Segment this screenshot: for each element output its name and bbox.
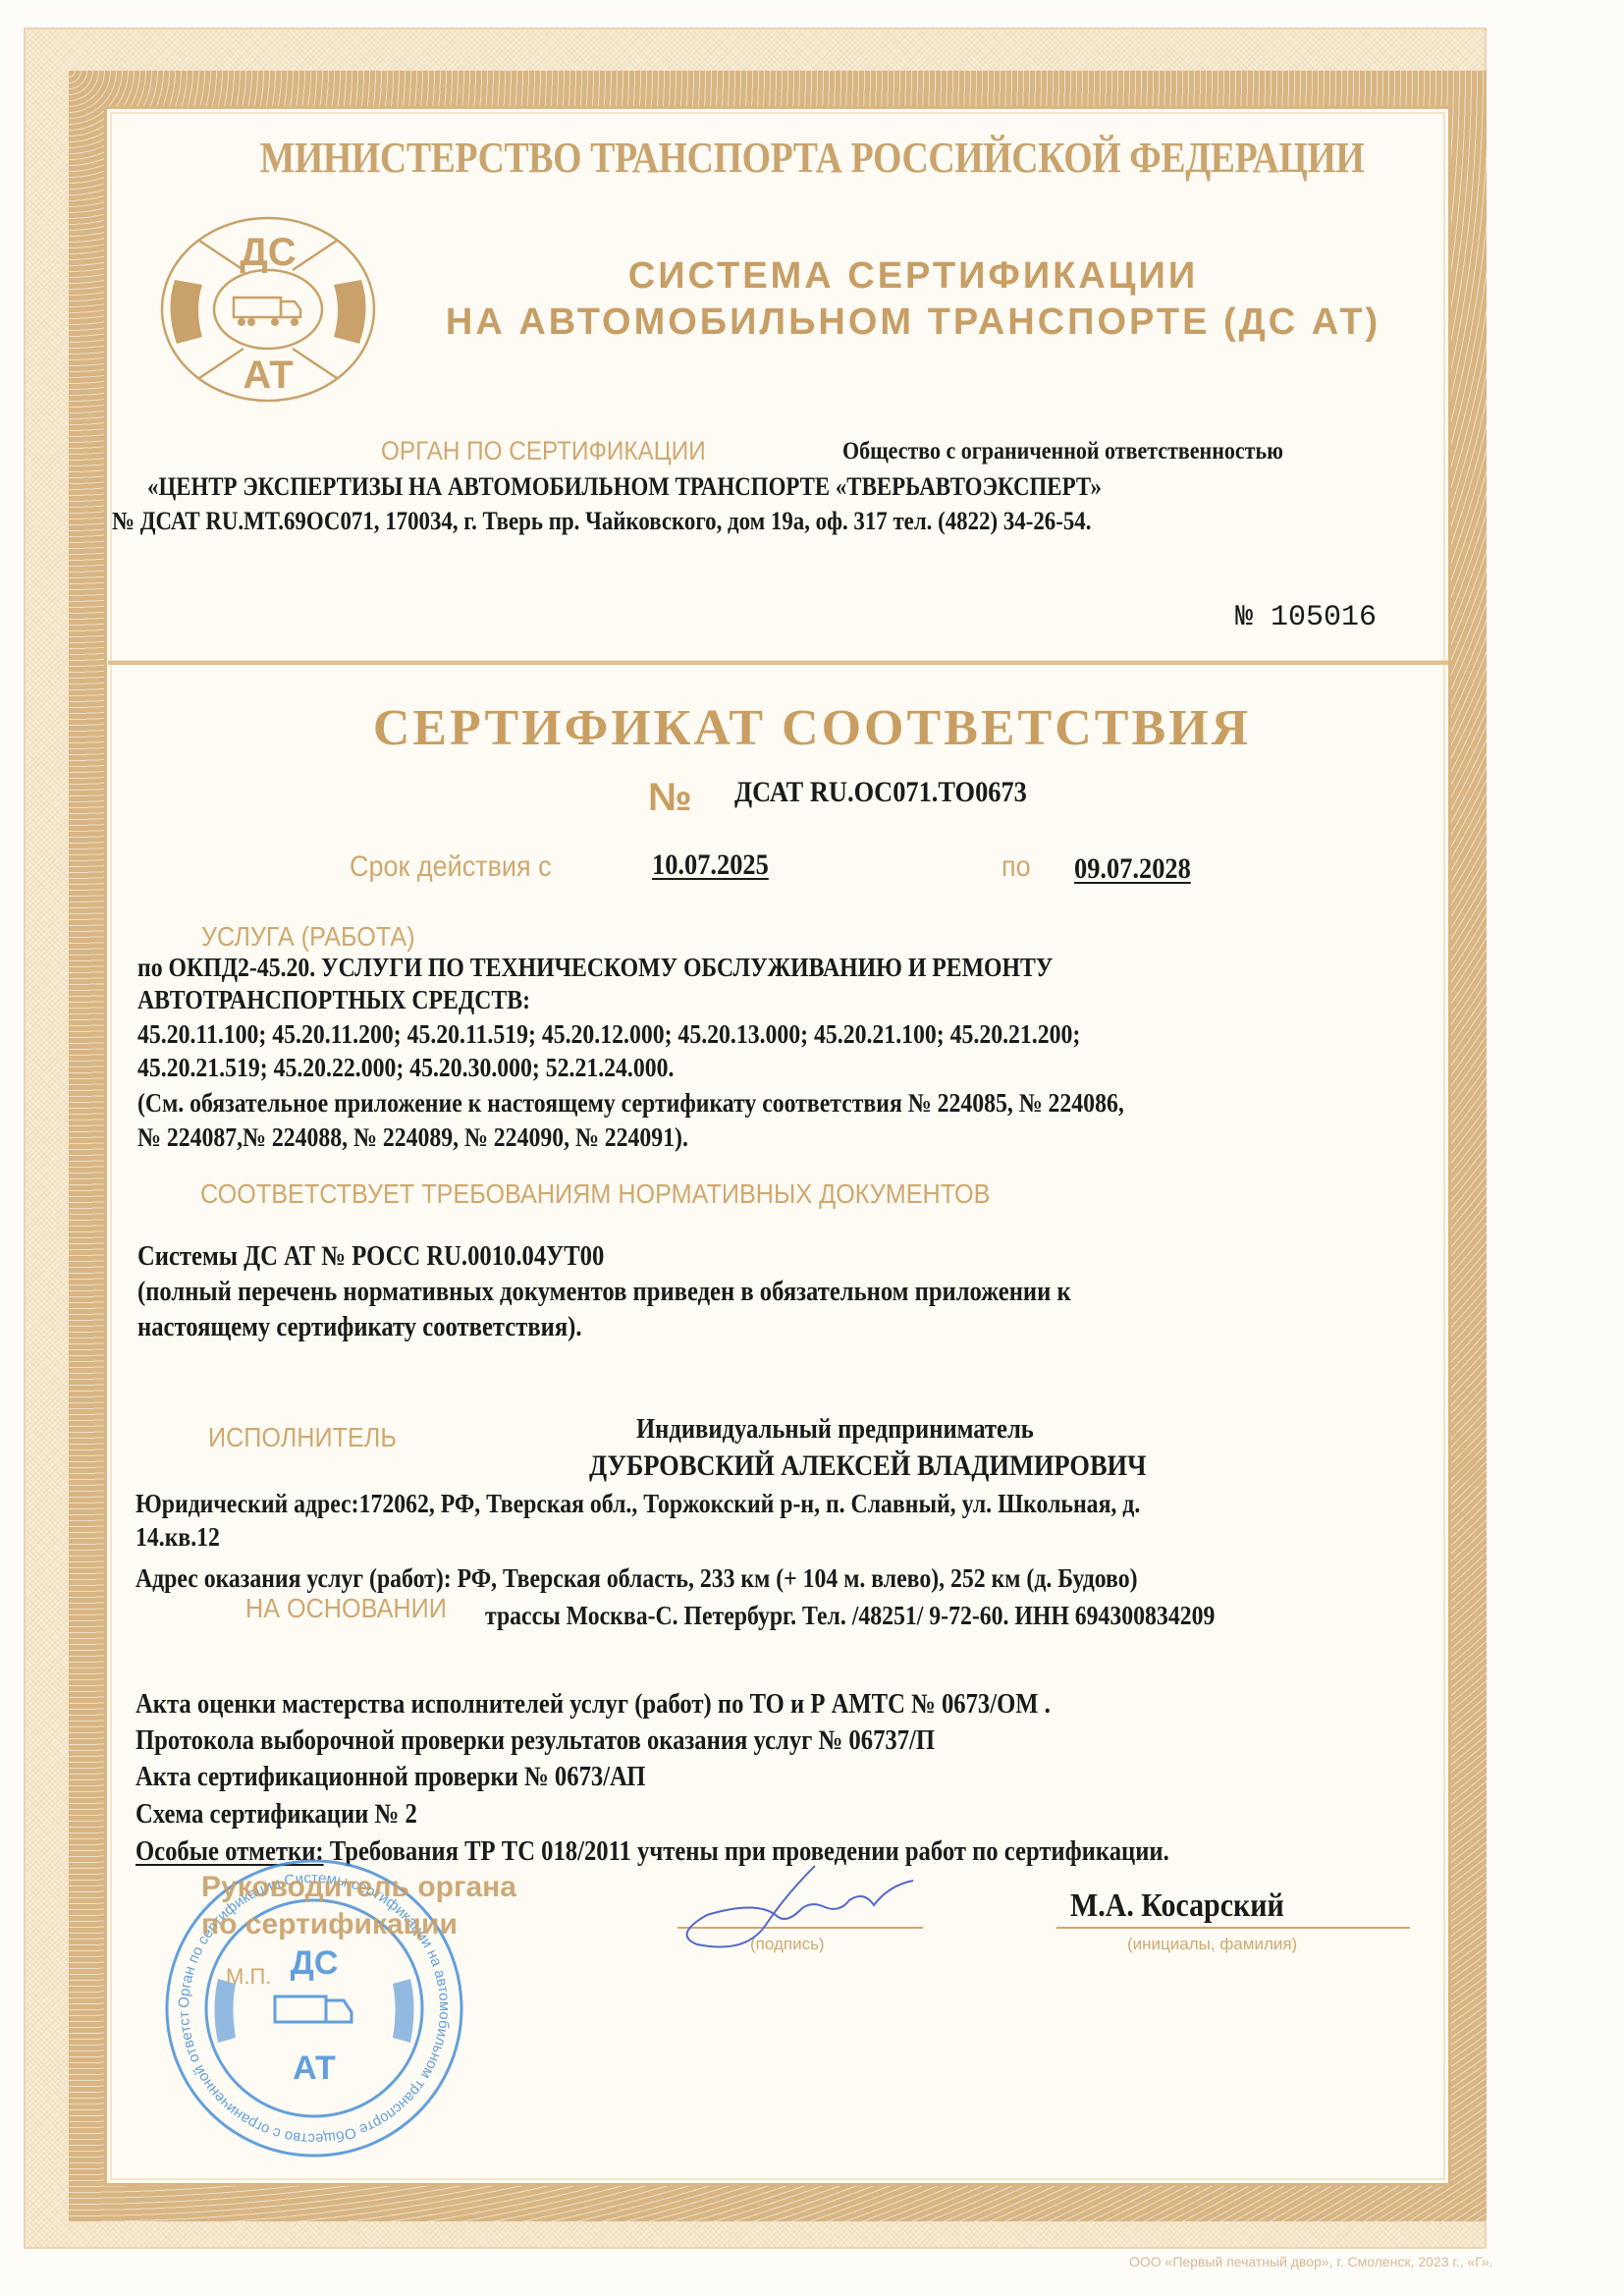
executor-name: ДУБРОВСКИЙ АЛЕКСЕЙ ВЛАДИМИРОВИЧ bbox=[589, 1449, 1146, 1483]
service-codes-line: 45.20.21.519; 45.20.22.000; 45.20.30.000… bbox=[137, 1053, 674, 1083]
validity-label: Срок действия с bbox=[350, 850, 552, 884]
head-role-line1: Руководитель органа bbox=[201, 1871, 516, 1904]
valid-to-date: 09.07.2028 bbox=[1074, 852, 1191, 886]
signatory-name: М.А. Косарский bbox=[1070, 1887, 1284, 1925]
seal-mark: М.П. bbox=[226, 1964, 271, 1990]
executor-legal-address-cont: 14.кв.12 bbox=[135, 1522, 220, 1553]
conformity-line: настоящему сертификату соответствия). bbox=[137, 1312, 582, 1343]
service-line: АВТОТРАНСПОРТНЫХ СРЕДСТВ: bbox=[137, 985, 530, 1015]
basis-line: Протокола выборочной проверки результато… bbox=[135, 1725, 935, 1757]
svg-text:ДС: ДС bbox=[291, 1944, 339, 1982]
service-annex-line: № 224087,№ 224088, № 224089, № 224090, №… bbox=[137, 1122, 688, 1153]
printer-imprint: ООО «Первый печатный двор», г. Смоленск,… bbox=[1129, 2254, 1493, 2269]
service-line: по ОКПД2-45.20. УСЛУГИ ПО ТЕХНИЧЕСКОМУ О… bbox=[137, 953, 1053, 983]
conformity-line: (полный перечень нормативных документов … bbox=[137, 1277, 1071, 1308]
certification-body-line1: Общество с ограниченной ответственностью bbox=[842, 438, 1283, 465]
service-annex-line: (См. обязательное приложение к настоящем… bbox=[137, 1088, 1124, 1119]
executor-service-address: Адрес оказания услуг (работ): РФ, Тверск… bbox=[135, 1563, 1137, 1594]
basis-line: Акта сертификационной проверки № 0673/АП bbox=[135, 1762, 645, 1793]
certificate-title: СЕРТИФИКАТ СООТВЕТСТВИЯ bbox=[0, 699, 1624, 757]
svg-text:АТ: АТ bbox=[293, 2050, 336, 2087]
certification-body-line3: № ДСАТ RU.MT.69ОС071, 170034, г. Тверь п… bbox=[112, 507, 1091, 536]
service-label: УСЛУГА (РАБОТА) bbox=[201, 921, 415, 953]
svg-text:АТ: АТ bbox=[243, 354, 293, 397]
ministry-title: МИНИСТЕРСТВО ТРАНСПОРТА РОССИЙСКОЙ ФЕДЕР… bbox=[114, 133, 1510, 183]
executor-service-address-cont: трассы Москва-С. Петербург. Тел. /48251/… bbox=[485, 1601, 1215, 1631]
section-divider bbox=[108, 660, 1448, 665]
conformity-label: СООТВЕТСТВУЕТ ТРЕБОВАНИЯМ НОРМАТИВНЫХ ДО… bbox=[200, 1178, 990, 1210]
valid-to-label: по bbox=[1001, 850, 1031, 884]
certification-body-line2: «ЦЕНТР ЭКСПЕРТИЗЫ НА АВТОМОБИЛЬНОМ ТРАНС… bbox=[147, 472, 1102, 502]
name-caption: (инициалы, фамилия) bbox=[1127, 1935, 1297, 1954]
form-serial-number: № 105016 bbox=[1235, 601, 1377, 634]
head-role-line2: по сертификации bbox=[201, 1908, 458, 1941]
certificate-number-sign: № bbox=[648, 776, 692, 820]
valid-from-date: 10.07.2025 bbox=[652, 848, 769, 882]
executor-label: ИСПОЛНИТЕЛЬ bbox=[208, 1422, 397, 1453]
certification-body-label: ОРГАН ПО СЕРТИФИКАЦИИ bbox=[381, 436, 706, 466]
system-title-line2: НА АВТОМОБИЛЬНОМ ТРАНСПОРТЕ (ДС АТ) bbox=[383, 301, 1443, 344]
system-title-line1: СИСТЕМА СЕРТИФИКАЦИИ bbox=[383, 255, 1443, 298]
name-line bbox=[1056, 1927, 1410, 1929]
certificate-number: ДСАТ RU.OC071.TO0673 bbox=[734, 776, 1027, 809]
executor-type: Индивидуальный предприниматель bbox=[636, 1414, 1034, 1446]
svg-text:ДС: ДС bbox=[240, 231, 296, 274]
certification-scheme: Схема сертификации № 2 bbox=[135, 1799, 417, 1831]
basis-label: НА ОСНОВАНИИ bbox=[245, 1593, 447, 1624]
executor-legal-address: Юридический адрес:172062, РФ, Тверская о… bbox=[135, 1489, 1140, 1519]
conformity-line: Системы ДС АТ № РОСС RU.0010.04УТ00 bbox=[137, 1241, 604, 1273]
basis-line: Акта оценки мастерства исполнителей услу… bbox=[135, 1689, 1051, 1721]
signature-caption: (подпись) bbox=[750, 1935, 825, 1954]
service-codes-line: 45.20.11.100; 45.20.11.200; 45.20.11.519… bbox=[137, 1019, 1080, 1050]
ds-at-logo-icon: ДС АТ bbox=[155, 211, 381, 408]
